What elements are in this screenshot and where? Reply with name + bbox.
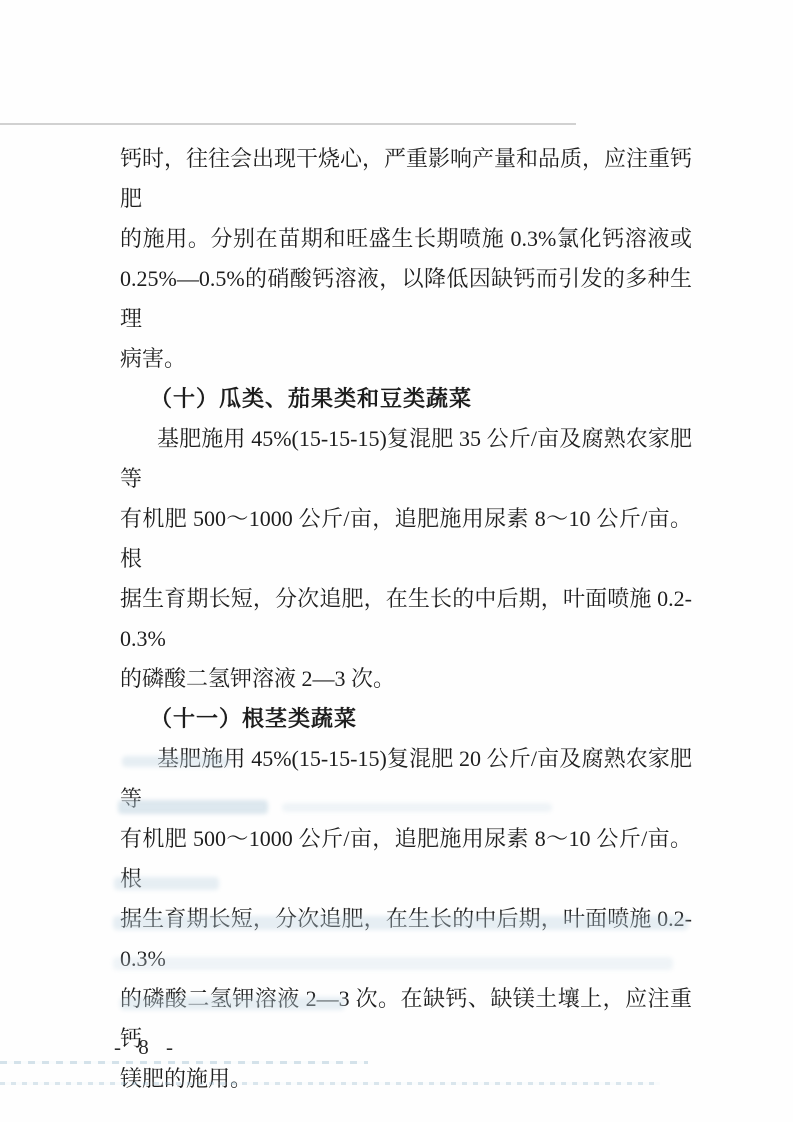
text-line: 0.25%—0.5%的硝酸钙溶液，以降低因缺钙而引发的多种生理 (120, 259, 692, 339)
bleed-through-artifact (120, 997, 345, 1010)
text-line: 病害。 (120, 339, 692, 379)
scan-artifact-line-bottom (0, 1082, 660, 1085)
scan-artifact-line-top (0, 123, 576, 125)
document-page: 钙时，往往会出现干烧心，严重影响产量和品质，应注重钙肥 的施用。分别在苗期和旺盛… (0, 0, 793, 1122)
text-line: 有机肥 500～1000 公斤/亩，追肥施用尿素 8～10 公斤/亩。根 (120, 499, 692, 579)
document-body: 钙时，往往会出现干烧心，严重影响产量和品质，应注重钙肥 的施用。分别在苗期和旺盛… (120, 139, 692, 1099)
bleed-through-artifact (122, 756, 230, 767)
text-line: 的磷酸二氢钾溶液 2—3 次。 (120, 659, 692, 699)
section-heading: （十）瓜类、茄果类和豆类蔬菜 (120, 379, 692, 419)
text-line: 基肥施用 45%(15-15-15)复混肥 35 公斤/亩及腐熟农家肥等 (120, 419, 692, 499)
page-number: - 8 - (114, 1034, 179, 1060)
bleed-through-artifact (282, 803, 552, 812)
scan-artifact-line-bottom (0, 1061, 368, 1064)
bleed-through-artifact (118, 800, 268, 814)
text-line: 的施用。分别在苗期和旺盛生长期喷施 0.3%氯化钙溶液或 (120, 219, 692, 259)
bleed-through-artifact (113, 957, 673, 970)
bleed-through-artifact (114, 877, 219, 890)
text-line: 的磷酸二氢钾溶液 2—3 次。在缺钙、缺镁土壤上，应注重钙 (120, 979, 692, 1059)
bleed-through-artifact (113, 916, 688, 930)
section-heading: （十一）根茎类蔬菜 (120, 699, 692, 739)
text-line: 据生育期长短，分次追肥，在生长的中后期，叶面喷施 0.2-0.3% (120, 579, 692, 659)
text-line: 钙时，往往会出现干烧心，严重影响产量和品质，应注重钙肥 (120, 139, 692, 219)
text-line: 镁肥的施用。 (120, 1059, 692, 1099)
